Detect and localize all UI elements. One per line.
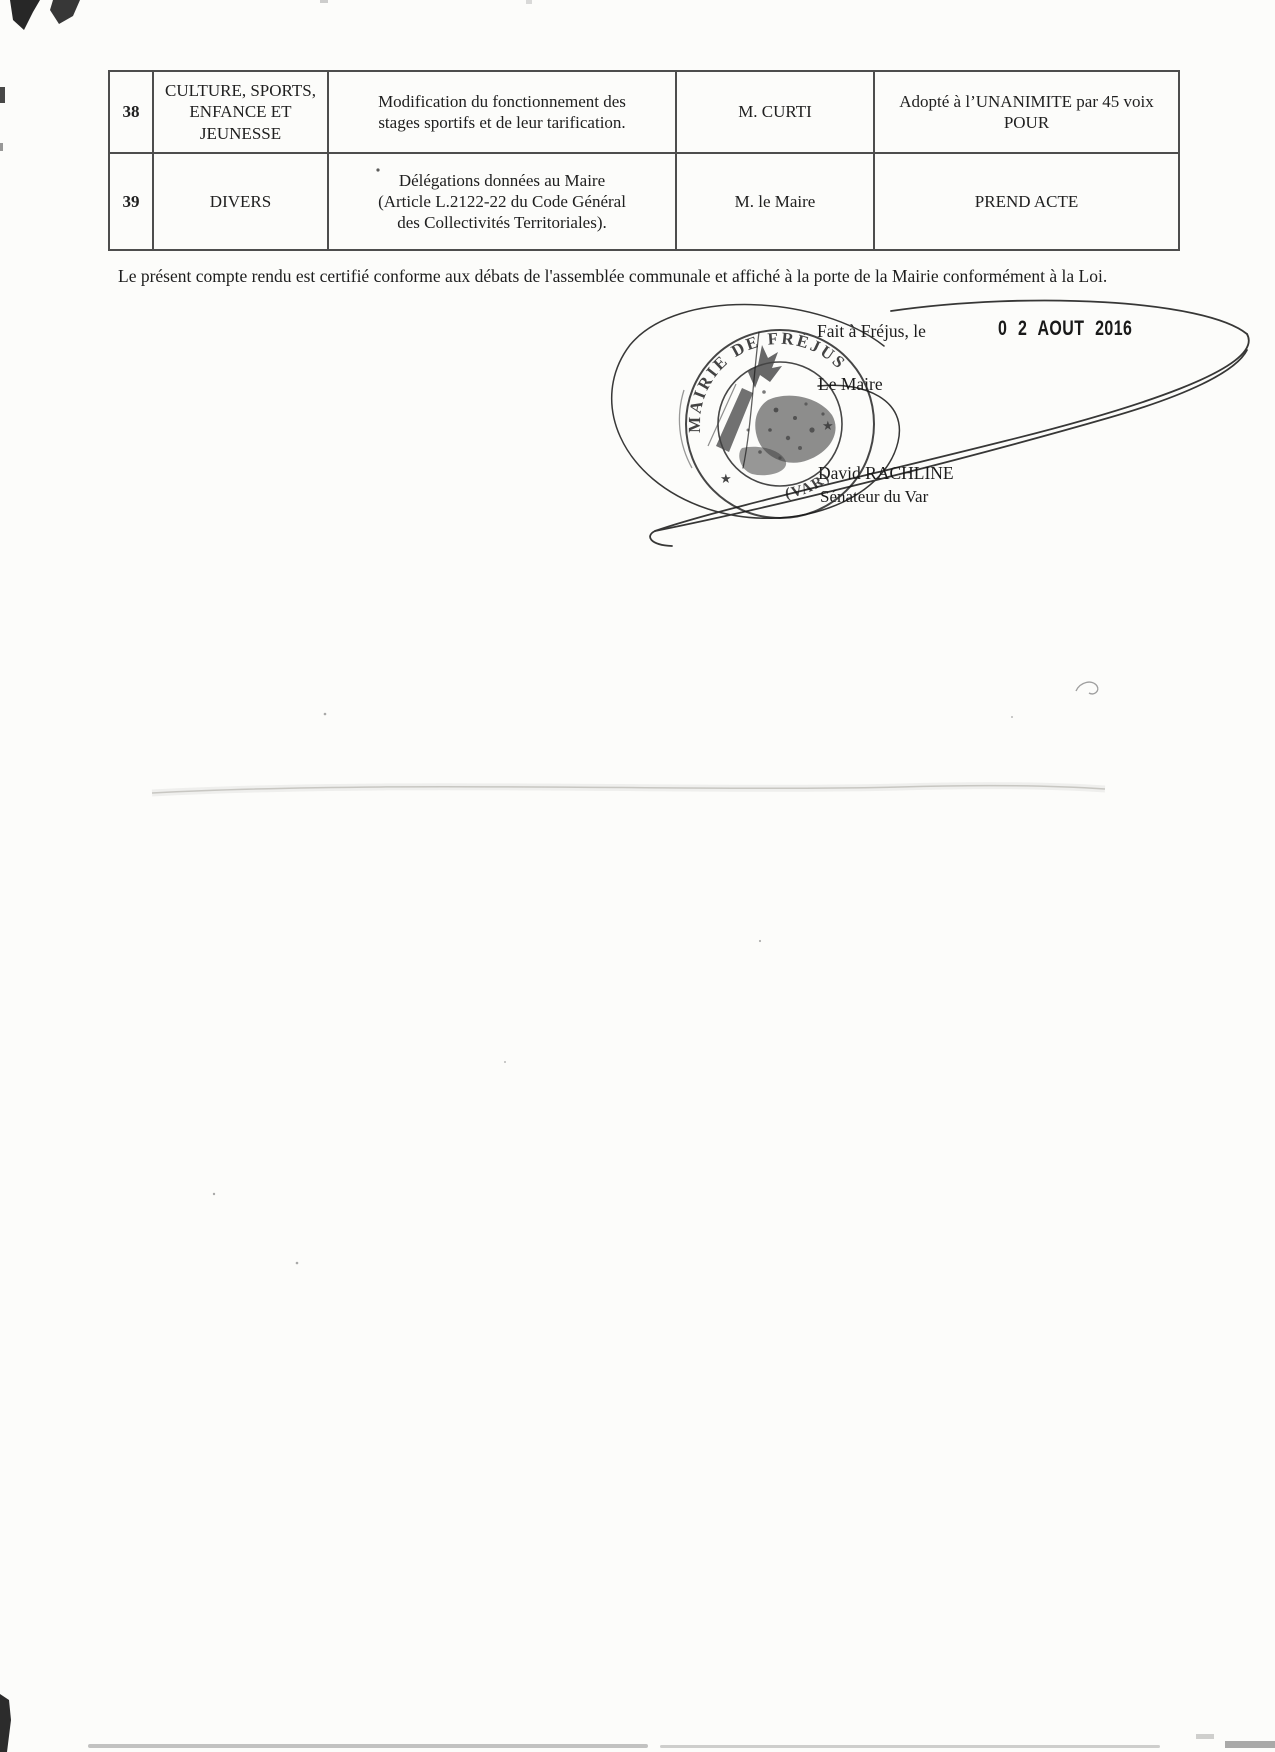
- table-row: 38 CULTURE, SPORTS, ENFANCE ET JEUNESSE …: [109, 71, 1179, 153]
- cell-commission: CULTURE, SPORTS, ENFANCE ET JEUNESSE: [153, 71, 328, 153]
- cell-subject: Délégations données au Maire (Article L.…: [328, 153, 676, 250]
- table-row: 39 DIVERS Délégations données au Maire (…: [109, 153, 1179, 250]
- corner-mark: [10, 0, 40, 30]
- cell-rapporteur: M. le Maire: [676, 153, 874, 250]
- signatory-name: David RACHLINE: [818, 463, 954, 484]
- document-page: 38 CULTURE, SPORTS, ENFANCE ET JEUNESSE …: [0, 0, 1275, 1752]
- place-date-label: Fait à Fréjus, le: [817, 321, 926, 342]
- cell-number: 39: [109, 153, 153, 250]
- stamp-star-right-icon: ★: [822, 418, 834, 433]
- edge-mark: [0, 87, 5, 103]
- deliberations-table: 38 CULTURE, SPORTS, ENFANCE ET JEUNESSE …: [108, 70, 1180, 251]
- signature-stroke: [743, 332, 759, 468]
- cell-commission: DIVERS: [153, 153, 328, 250]
- cell-rapporteur: M. CURTI: [676, 71, 874, 153]
- cell-number: 38: [109, 71, 153, 153]
- fold-crease: [152, 786, 1105, 793]
- scan-artifacts: [0, 0, 1275, 1752]
- bottom-scan-streak: [88, 1744, 648, 1748]
- corner-mark: [0, 1694, 11, 1752]
- subject-text: Délégations données au Maire (Article L.…: [376, 170, 628, 234]
- scan-graphics-layer: MAIRIE DE FRÉJUS (VAR) ★: [0, 0, 1275, 1752]
- subject-text: Modification du fonctionnement des stage…: [376, 91, 628, 134]
- signatory-title: Le Maire: [818, 374, 883, 395]
- certification-statement: Le présent compte rendu est certifié con…: [107, 266, 1147, 287]
- cell-result: Adopté à l’UNANIMITE par 45 voix POUR: [874, 71, 1179, 153]
- bottom-scan-streak: [660, 1745, 1160, 1748]
- cell-result: PREND ACTE: [874, 153, 1179, 250]
- signature-stroke: [650, 334, 1249, 546]
- signatory-role: Sénateur du Var: [820, 487, 928, 507]
- cell-subject: Modification du fonctionnement des stage…: [328, 71, 676, 153]
- stamp-emblem: [708, 345, 836, 475]
- date-stamp: 0 2 AOUT 2016: [998, 317, 1132, 342]
- signature-stroke: [655, 350, 1247, 531]
- stamp-outer-sketch-line: [679, 390, 692, 468]
- pen-squiggle: [1076, 682, 1098, 694]
- result-text: Adopté à l’UNANIMITE par 45 voix POUR: [884, 91, 1170, 134]
- signature: [612, 300, 1249, 546]
- stamp-star-left-icon: ★: [720, 471, 732, 486]
- corner-mark: [50, 0, 80, 24]
